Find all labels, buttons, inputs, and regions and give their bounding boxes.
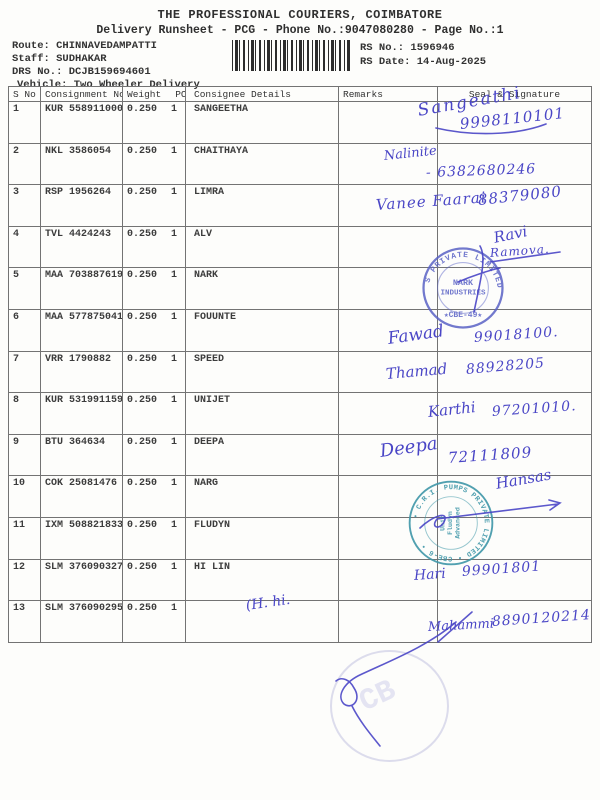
header-sno: S No [9,87,41,101]
cell-consignee: FOUUNTE [186,310,339,351]
cell-pcs: 1 [171,437,177,448]
cell-sno: 1 [9,102,41,143]
cell-consignee: FLUDYN [186,518,339,559]
cell-pcs: 1 [171,146,177,157]
faint-stamp-marks: CB [355,674,402,720]
cell-consignee: SANGEETHA [186,102,339,143]
cell-sno: 5 [9,268,41,309]
cell-weight-pcs: 0.2501 [123,310,186,351]
cell-consignment: SLM 376090327 [41,560,123,601]
cell-weight-pcs: 0.2501 [123,476,186,517]
cell-consignment: COK 25081476 [41,476,123,517]
cell-consignee: SPEED [186,352,339,393]
cell-sno: 2 [9,144,41,185]
cell-pcs: 1 [171,270,177,281]
route-line: Route: CHINNAVEDAMPATTI [12,40,200,53]
cell-sno: 12 [9,560,41,601]
cell-weight-pcs: 0.2501 [123,352,186,393]
cell-consignee: ALV [186,227,339,268]
faint-bottom-stamp: CB [330,650,449,762]
cell-consignment: VRR 1790882 [41,352,123,393]
cell-pcs: 1 [171,562,177,573]
cell-sno: 6 [9,310,41,351]
cell-weight: 0.250 [127,562,157,573]
cell-weight-pcs: 0.2501 [123,393,186,434]
cell-remarks [339,601,438,642]
staff-value: SUDHAKAR [56,53,106,65]
cell-weight: 0.250 [127,520,157,531]
cell-consignee: LIMRA [186,185,339,226]
cell-weight-pcs: 0.2501 [123,144,186,185]
cell-pcs: 1 [171,312,177,323]
cell-consignment: IXM 508821833 [41,518,123,559]
cell-consignment: MAA 703887619 [41,268,123,309]
stamp-center-line1: NARK [453,278,474,288]
stamp-center-vertical-text: Unit Fludyn Advanced [439,507,461,539]
cell-consignment: RSP 1956264 [41,185,123,226]
stamp-center-line1: Unit [439,515,446,531]
cell-weight-pcs: 0.2501 [123,227,186,268]
route-label: Route: [12,40,50,52]
cell-pcs: 1 [171,104,177,115]
header-consignee: Consignee Details [186,87,339,101]
cell-pcs: 1 [171,354,177,365]
cell-weight-pcs: 0.2501 [123,435,186,476]
cell-consignee: UNIJET [186,393,339,434]
runsheet-subtitle: Delivery Runsheet - PCG - Phone No.:9047… [0,24,600,37]
cell-consignment: TVL 4424243 [41,227,123,268]
delivery-runsheet-scan: THE PROFESSIONAL COURIERS, COIMBATORE De… [0,0,600,800]
cell-consignment: BTU 364634 [41,435,123,476]
cell-weight: 0.250 [127,312,157,323]
cell-consignment: SLM 376090295 [41,601,123,642]
route-value: CHINNAVEDAMPATTI [56,40,157,52]
cell-weight-pcs: 0.2501 [123,185,186,226]
staff-label: Staff: [12,53,50,65]
cell-consignee: DEEPA [186,435,339,476]
rs-date-line: RS Date: 14-Aug-2025 [360,55,486,69]
header-pcs: PCS [175,89,186,100]
signature-bottom-name: Mahammi [428,618,495,634]
stamp-ring-bottom-text: ★CBE-49★ [444,311,483,320]
cell-consignee: NARG [186,476,339,517]
cell-sno: 3 [9,185,41,226]
cell-sno: 7 [9,352,41,393]
cell-consignment: NKL 3586054 [41,144,123,185]
header-info-block: Route: CHINNAVEDAMPATTI Staff: SUDHAKAR … [12,40,200,92]
cell-consignee: NARK [186,268,339,309]
table-row: 11 IXM 508821833 0.2501 FLUDYN [9,518,591,560]
rs-no-value: 1596946 [410,42,454,54]
cell-weight: 0.250 [127,187,157,198]
cell-weight: 0.250 [127,146,157,157]
cell-pcs: 1 [171,478,177,489]
cell-weight: 0.250 [127,437,157,448]
cell-pcs: 1 [171,520,177,531]
cell-pcs: 1 [171,603,177,614]
cell-weight-pcs: 0.2501 [123,518,186,559]
cell-pcs: 1 [171,187,177,198]
cell-sno: 8 [9,393,41,434]
staff-line: Staff: SUDHAKAR [12,53,200,66]
stamp-center-line2: Fludyn [447,511,454,535]
header-weight: Weight [127,89,161,100]
cell-pcs: 1 [171,395,177,406]
drs-label: DRS No.: [12,66,62,78]
stamp-center-line2: INDUSTRIES [440,290,486,298]
drs-line: DRS No.: DCJB159694601 [12,66,200,79]
rs-date-value: 14-Aug-2025 [417,56,486,68]
nark-industries-stamp: S PRIVATE LIMITED NARK INDUSTRIES ★CBE-4… [416,241,510,335]
cell-consignment: KUR 531991159 [41,393,123,434]
drs-value: DCJB159694601 [69,66,151,78]
cell-consignee: CHAITHAYA [186,144,339,185]
cell-weight: 0.250 [127,603,157,614]
rs-date-label: RS Date: [360,56,410,68]
cell-weight: 0.250 [127,478,157,489]
cell-sno: 4 [9,227,41,268]
signature-row2-phone: - 6382680246 [426,162,537,180]
barcode [232,40,350,71]
cell-sno: 11 [9,518,41,559]
cell-consignee: HI LIN [186,560,339,601]
rs-no-label: RS No.: [360,42,404,54]
stamp-center-line3: Advanced [454,507,461,539]
cell-consignment: MAA 577875041 [41,310,123,351]
cell-weight-pcs: 0.2501 [123,601,186,642]
cell-weight-pcs: 0.2501 [123,560,186,601]
cell-sno: 10 [9,476,41,517]
cell-remarks [339,393,438,434]
rs-no-line: RS No.: 1596946 [360,41,486,55]
cell-weight-pcs: 0.2501 [123,268,186,309]
cell-weight-pcs: 0.2501 [123,102,186,143]
rs-info-block: RS No.: 1596946 RS Date: 14-Aug-2025 [360,41,486,69]
cell-weight: 0.250 [127,395,157,406]
cell-weight: 0.250 [127,270,157,281]
cell-weight: 0.250 [127,104,157,115]
company-title: THE PROFESSIONAL COURIERS, COIMBATORE [0,8,600,22]
cell-weight: 0.250 [127,229,157,240]
cell-consignment: KUR 558911000 [41,102,123,143]
cell-sno: 9 [9,435,41,476]
cell-weight: 0.250 [127,354,157,365]
cell-sno: 13 [9,601,41,642]
cell-pcs: 1 [171,229,177,240]
header-weight-pcs: WeightPCS [123,87,186,101]
cri-pumps-stamp: • C.R.I. PUMPS PRIVATE LIMITED • CBE-6 •… [404,476,498,570]
header-consignment: Consignment No [41,87,123,101]
